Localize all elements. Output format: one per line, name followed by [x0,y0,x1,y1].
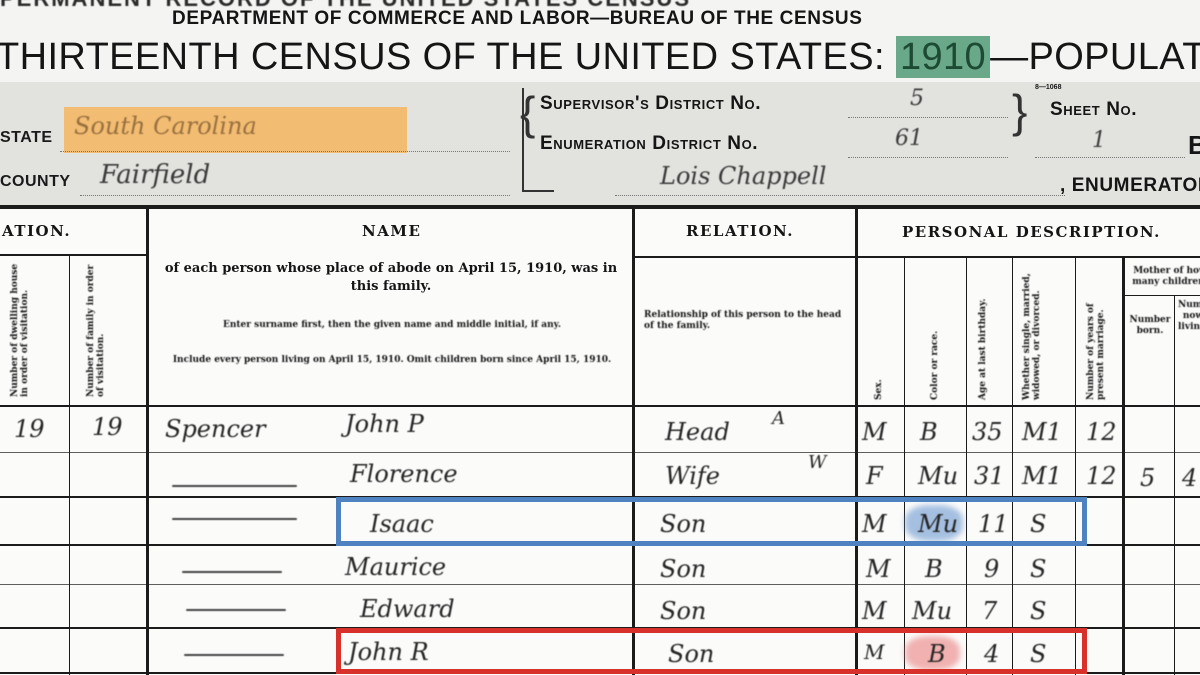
row-relation-note: W [808,452,827,473]
row-sex: M [866,555,891,583]
row-relation: Son [660,555,706,583]
location-column-title: ATION. [2,222,71,240]
row-given-name: Edward [360,595,455,623]
marital-status-header: Whether single, married, widowed, or div… [1022,262,1062,400]
county-label: COUNTY [0,173,71,191]
grid-hline [0,584,1200,585]
row-color: Mu [912,597,952,625]
title-suffix: —POPULATION [990,36,1200,78]
grid-vline [1075,258,1076,675]
dwelling-number-header: Number of dwelling house in order of vis… [10,262,36,397]
row-marital: S [1030,597,1046,625]
row-given-name: Florence [350,460,458,488]
personal-description-title: PERSONAL DESCRIPTION. [902,223,1161,241]
years-married-header: Number of years of present marriage. [1086,262,1114,400]
county-underline [80,194,510,196]
row-marital: M1 [1022,462,1062,490]
ditto-dash [172,485,297,487]
row-relation: Head [665,418,730,446]
grid-vline [632,207,635,675]
grid-vline [1012,258,1013,675]
personal-title-rule [857,256,1200,258]
brace-line [522,88,524,192]
enumerator-label: , ENUMERATOR [1060,175,1200,197]
row-age: 9 [984,555,999,583]
name-column-instruction: of each person whose place of abode on A… [160,260,622,296]
row-sex: M [862,597,887,625]
red-row-highlight [336,628,1087,674]
census-year-highlight: 1910 [896,36,990,78]
supervisor-underline [848,116,1008,118]
grid-hline [0,452,1200,453]
supervisor-district-label: Supervisor's District No. [540,93,761,115]
row-relation-note: A [772,408,785,429]
ditto-dash [172,518,297,520]
row-marital: M1 [1022,418,1062,446]
row-family-number: 19 [92,413,123,441]
ditto-dash [182,571,282,573]
department-heading: DEPARTMENT OF COMMERCE AND LABOR—BUREAU … [172,8,862,30]
enumeration-district-label: Enumeration District No. [540,133,758,155]
row-number-born: 5 [1140,464,1155,492]
row-relation: Son [660,597,706,625]
row-given-name: Maurice [345,553,446,581]
row-years-married: 12 [1086,418,1117,446]
color-header: Color or race. [930,300,944,400]
name-column-title: NAME [362,222,421,240]
number-born-header: Number born. [1127,315,1173,337]
sheet-suffix: B [1188,130,1200,161]
ditto-dash [184,654,284,656]
enumeration-district-value: 61 [895,126,923,151]
grid-hline [0,405,1200,407]
row-age: 35 [972,418,1003,446]
grid-vline [146,207,149,675]
relation-title-rule [635,256,857,258]
name-column-include-note: Include every person living on April 15,… [162,355,622,366]
grid-vline [904,258,905,675]
name-column-surname-note: Enter surname first, then the given name… [162,320,622,331]
sex-header: Sex. [874,360,888,400]
enumeration-underline [848,156,1008,158]
number-living-header: Number now living. [1178,300,1200,333]
grid-vline [69,256,70,675]
row-surname: Spencer [165,415,266,443]
right-brace: } [1012,88,1027,134]
brace-foot [522,190,554,192]
row-color: B [925,555,943,583]
row-given-name: John P [345,410,424,438]
table-top-border [0,205,1200,209]
sheet-label: Sheet No. [1050,99,1137,121]
page-title: THIRTEENTH CENSUS OF THE UNITED STATES: … [0,36,1200,79]
county-value: Fairfield [100,160,210,190]
cropped-top-banner: PERMANENT RECORD OF THE UNITED STATES CE… [0,0,1200,6]
grid-vline [1174,296,1175,675]
family-number-header: Number of family in order of visitation. [86,262,112,397]
enumerator-name: Lois Chappell [660,162,826,190]
state-label: STATE [0,129,53,147]
sheet-underline [1035,156,1185,158]
state-value: South Carolina [74,112,257,140]
row-age: 31 [974,462,1005,490]
mother-subrule [1123,295,1200,296]
mother-children-header: Mother of how many children. [1130,266,1200,288]
sheet-value: 1 [1092,128,1106,153]
grid-vline [1122,258,1125,675]
ditto-dash [186,609,286,611]
row-number-living: 4 [1182,464,1197,492]
row-color: B [920,418,938,446]
row-age: 7 [982,597,997,625]
grid-vline [855,207,858,675]
row-color: Mu [918,462,958,490]
relation-column-title: RELATION. [686,222,794,240]
row-sex: M [862,418,887,446]
supervisor-district-value: 5 [910,86,924,111]
grid-vline [966,258,967,675]
enumerator-underline [615,194,1065,196]
row-years-married: 12 [1086,462,1117,490]
location-title-rule [0,254,147,256]
blue-row-highlight [336,497,1087,546]
row-dwelling-number: 19 [14,415,45,443]
form-code: 8—1068 [1035,84,1061,91]
relation-column-instruction: Relationship of this person to the head … [644,310,854,332]
title-prefix: THIRTEENTH CENSUS OF THE UNITED STATES: [0,36,896,78]
state-underline [60,150,510,152]
row-marital: S [1030,555,1046,583]
row-relation: Wife [665,462,720,490]
age-header: Age at last birthday. [978,265,1004,400]
row-sex: F [866,462,883,490]
